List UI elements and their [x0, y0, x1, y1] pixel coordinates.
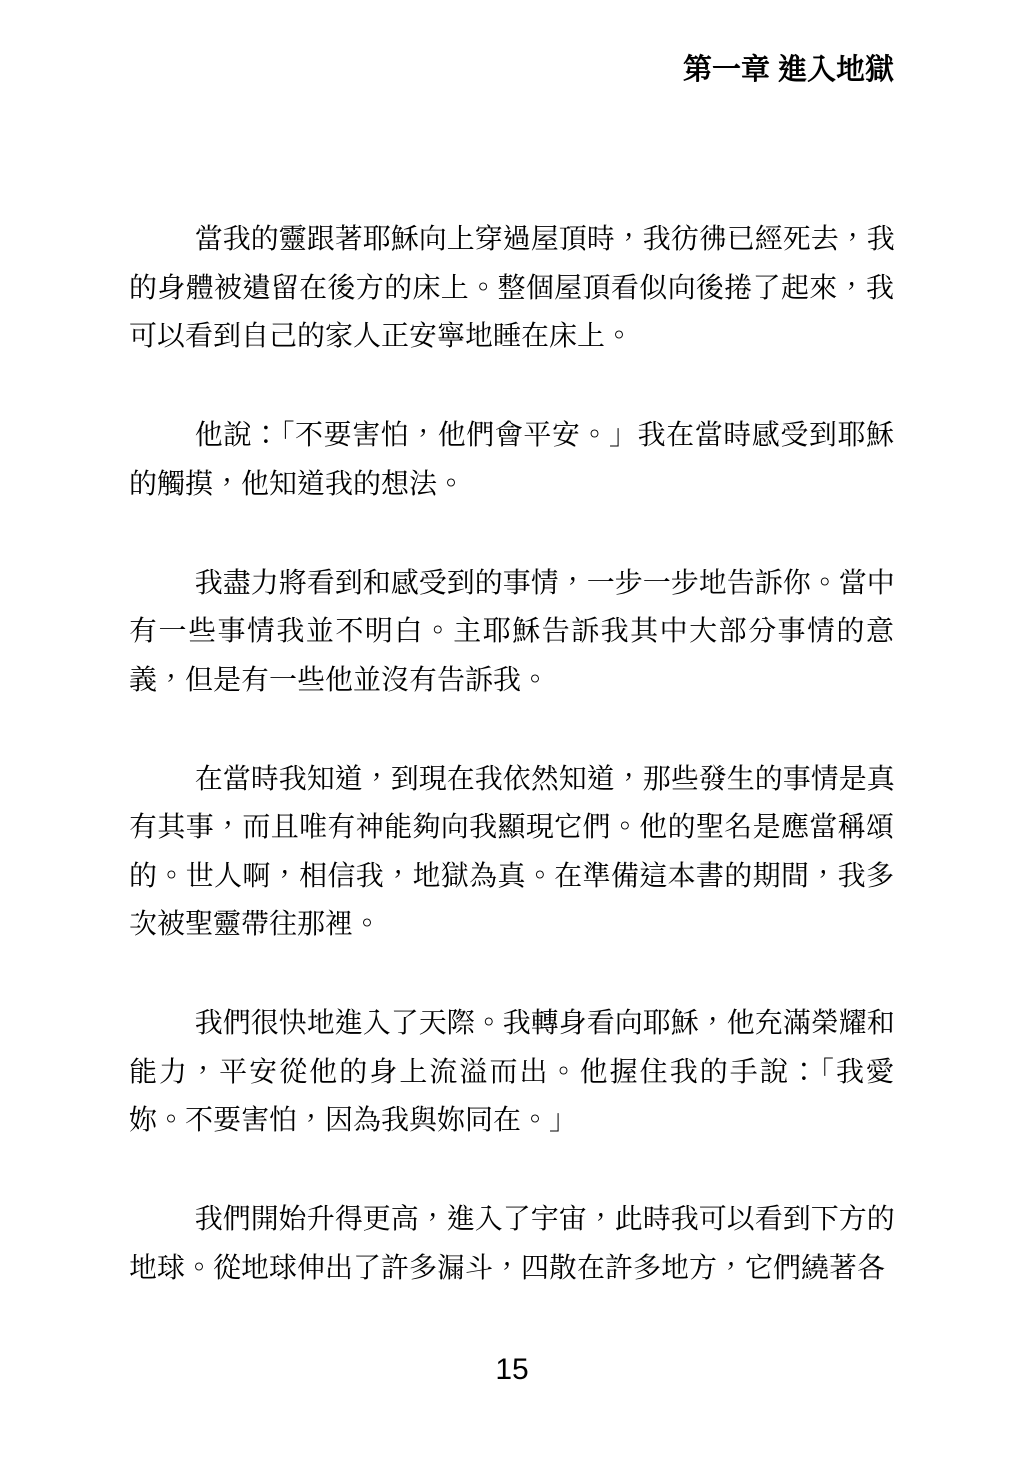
page-number: 15: [0, 1355, 1024, 1385]
text-line: 他說：「不要害怕，他們會平安。」我在當時感受到耶穌: [129, 412, 894, 461]
text-line: 的。世人啊，相信我，地獄為真。在準備這本書的期間，我多: [129, 853, 894, 902]
text-line: 我們很快地進入了天際。我轉身看向耶穌，他充滿榮耀和: [129, 1000, 894, 1049]
paragraph: 他說：「不要害怕，他們會平安。」我在當時感受到耶穌的觸摸，他知道我的想法。: [129, 412, 894, 509]
text-line: 能力，平安從他的身上流溢而出。他握住我的手說：「我愛: [129, 1049, 894, 1098]
paragraph: 我盡力將看到和感受到的事情，一步一步地告訴你。當中有一些事情我並不明白。主耶穌告…: [129, 560, 894, 706]
chapter-header: 第一章 進入地獄: [683, 53, 894, 87]
text-line: 我盡力將看到和感受到的事情，一步一步地告訴你。當中: [129, 560, 894, 609]
paragraph: 我們開始升得更高，進入了宇宙，此時我可以看到下方的地球。從地球伸出了許多漏斗，四…: [129, 1196, 894, 1293]
paragraph: 當我的靈跟著耶穌向上穿過屋頂時，我彷彿已經死去，我的身體被遺留在後方的床上。整個…: [129, 216, 894, 362]
text-line: 的身體被遺留在後方的床上。整個屋頂看似向後捲了起來，我: [129, 265, 894, 314]
paragraph: 在當時我知道，到現在我依然知道，那些發生的事情是真有其事，而且唯有神能夠向我顯現…: [129, 756, 894, 950]
text-line: 地球。從地球伸出了許多漏斗，四散在許多地方，它們繞著各: [129, 1245, 894, 1294]
book-page: { "header": { "chapter_title": "第一章 進入地獄…: [0, 0, 1024, 1466]
page-body: 當我的靈跟著耶穌向上穿過屋頂時，我彷彿已經死去，我的身體被遺留在後方的床上。整個…: [129, 216, 894, 1293]
text-line: 有一些事情我並不明白。主耶穌告訴我其中大部分事情的意: [129, 608, 894, 657]
text-line: 可以看到自己的家人正安寧地睡在床上。: [129, 313, 894, 362]
text-line: 在當時我知道，到現在我依然知道，那些發生的事情是真: [129, 756, 894, 805]
text-line: 義，但是有一些他並沒有告訴我。: [129, 657, 894, 706]
paragraph: 我們很快地進入了天際。我轉身看向耶穌，他充滿榮耀和能力，平安從他的身上流溢而出。…: [129, 1000, 894, 1146]
text-line: 有其事，而且唯有神能夠向我顯現它們。他的聖名是應當稱頌: [129, 804, 894, 853]
text-line: 次被聖靈帶往那裡。: [129, 901, 894, 950]
text-line: 的觸摸，他知道我的想法。: [129, 461, 894, 510]
text-line: 我們開始升得更高，進入了宇宙，此時我可以看到下方的: [129, 1196, 894, 1245]
text-line: 妳。不要害怕，因為我與妳同在。」: [129, 1097, 894, 1146]
text-line: 當我的靈跟著耶穌向上穿過屋頂時，我彷彿已經死去，我: [129, 216, 894, 265]
